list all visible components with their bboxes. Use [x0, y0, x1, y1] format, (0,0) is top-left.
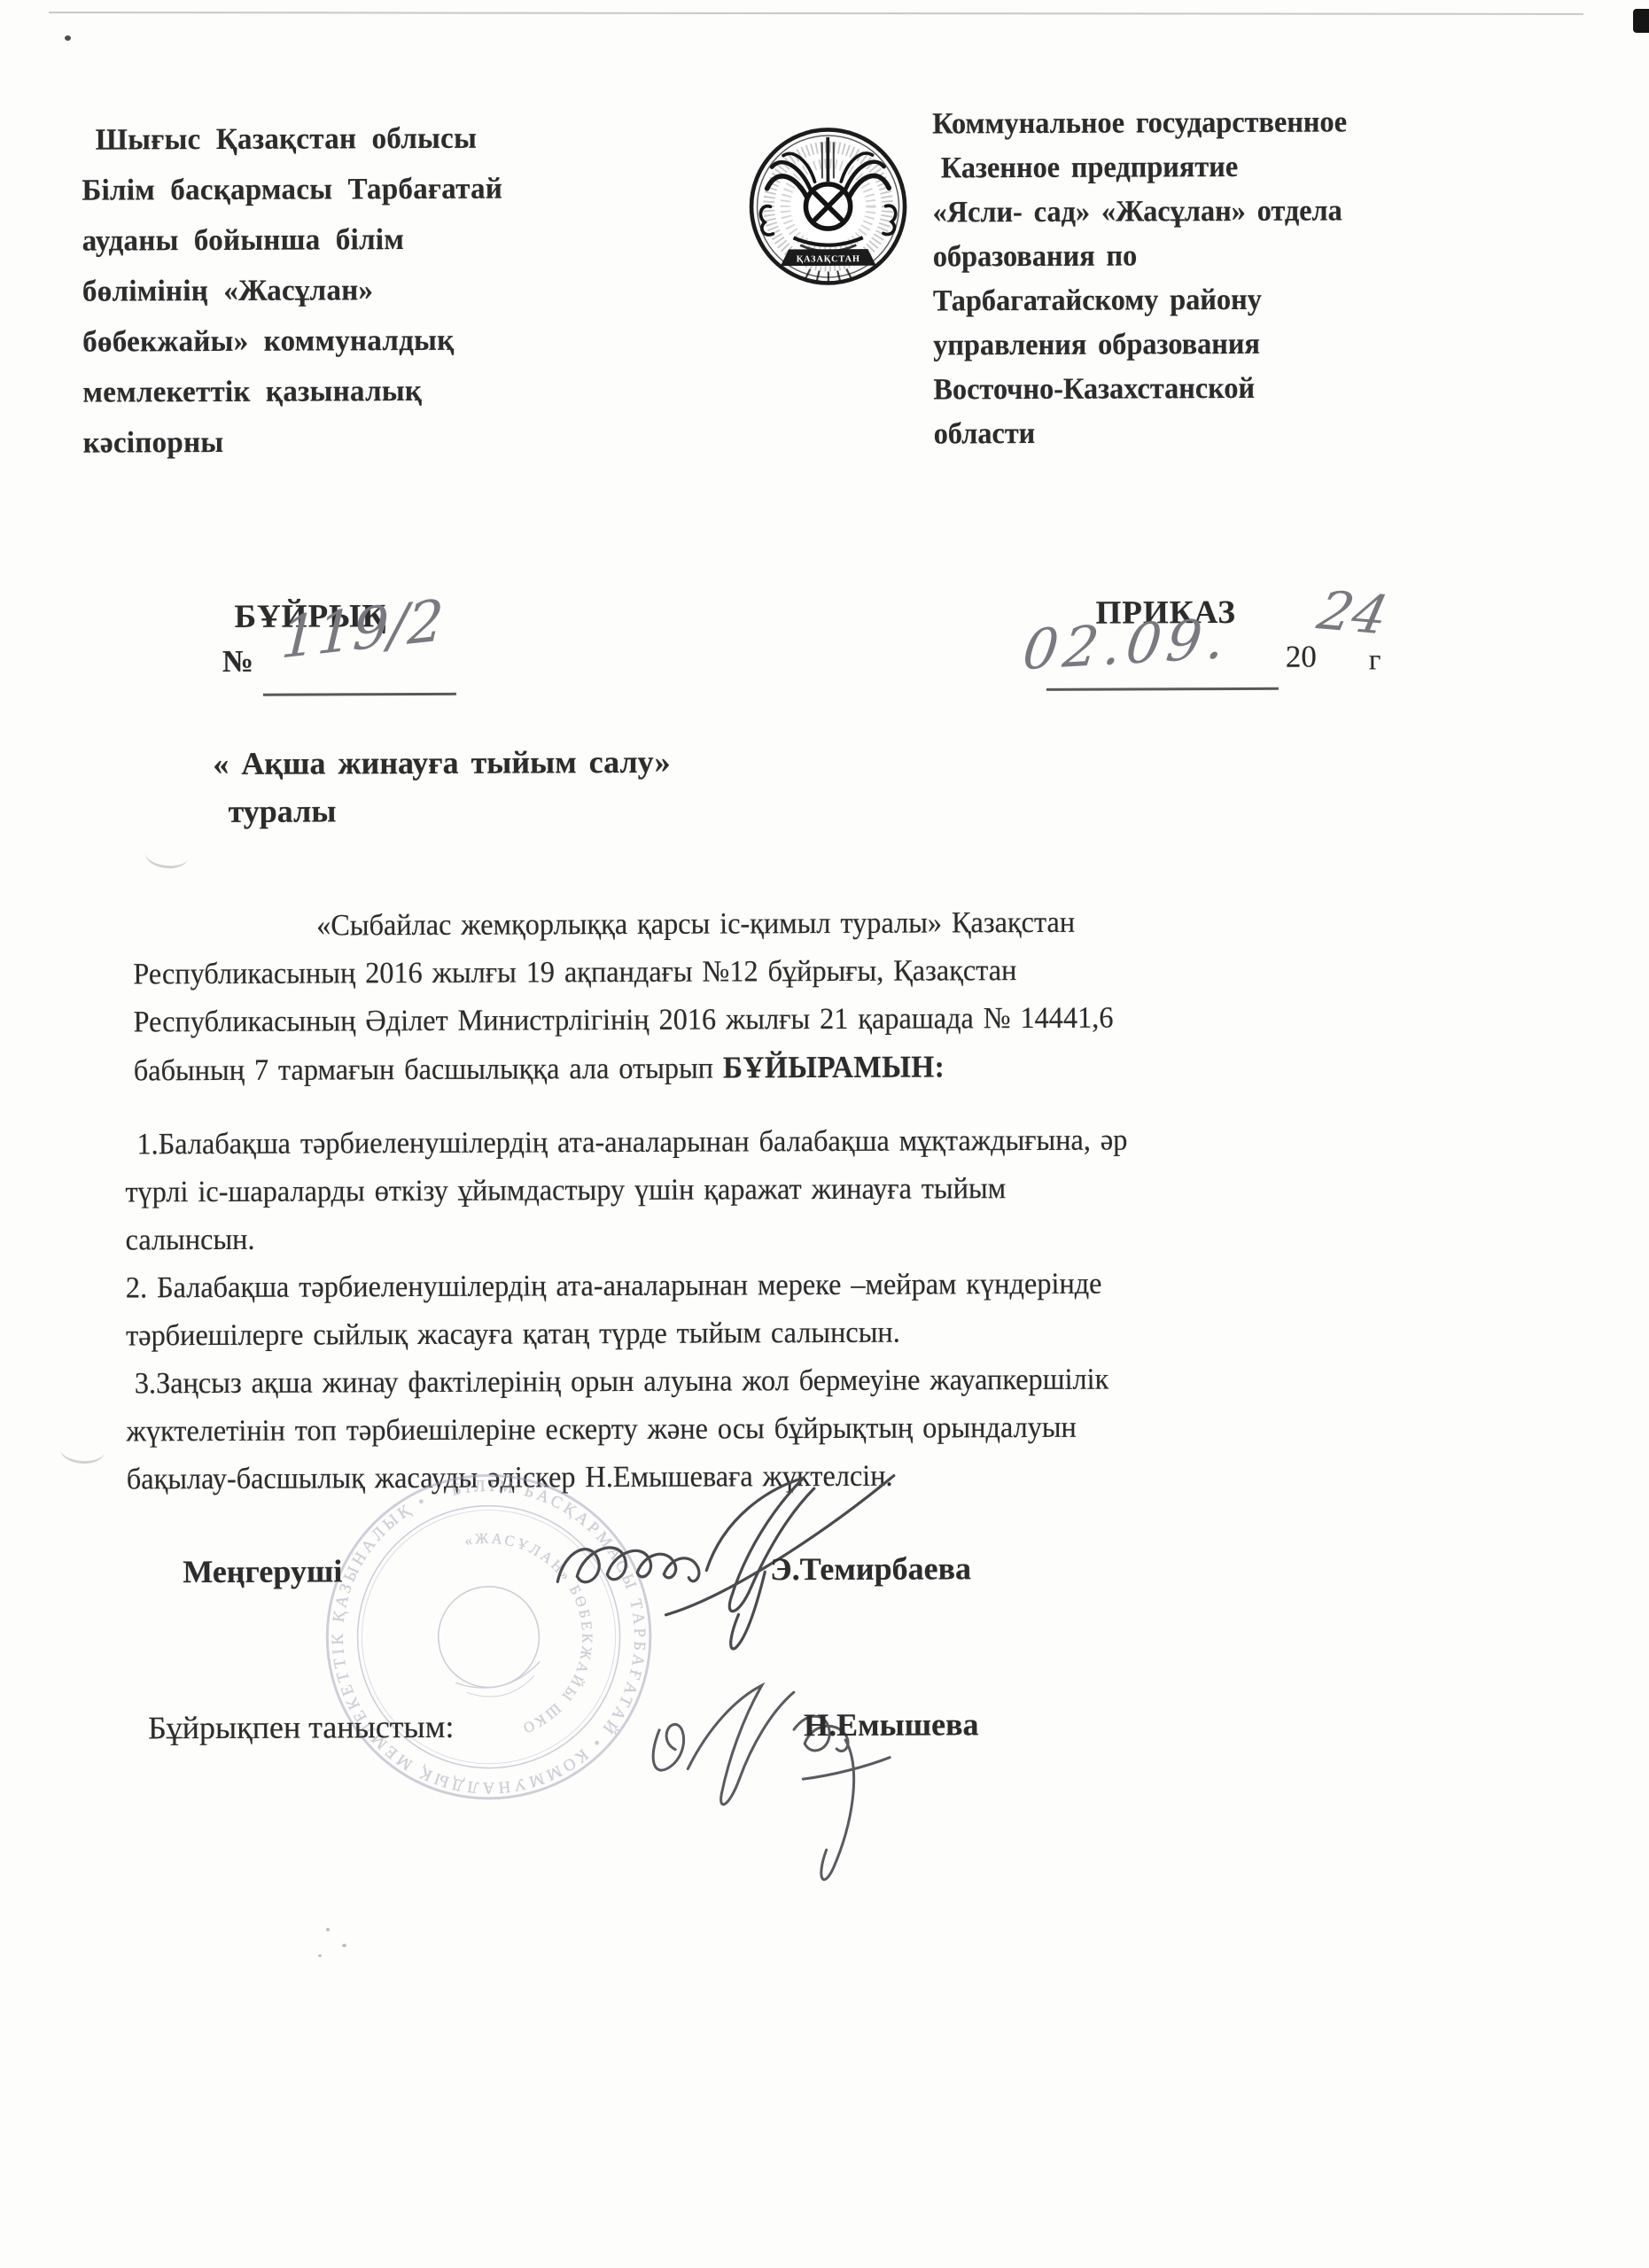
order-items: 1.Балабақша тәрбиеленушілердің ата-анала…	[125, 1117, 1129, 1504]
preamble-line-4-text: бабының 7 тармағын басшылыққа ала отырып	[134, 1052, 713, 1088]
manager-name: Э.Темирбаева	[770, 1550, 971, 1588]
letterhead-org-name-kk: Шығыс Қазақстан облысы Білім басқармасы …	[82, 113, 503, 469]
item-line: жүктелетінін топ тәрбиешілеріне ескерту …	[126, 1404, 1128, 1456]
preamble-line: «Сыбайлас жемқорлыққа қарсы іс-қимыл тур…	[133, 899, 1113, 951]
ru-line: Казенное предприятие	[932, 144, 1347, 190]
order-year-handwritten: 24	[1312, 580, 1394, 647]
order-number-underline	[263, 693, 456, 696]
acknowledged-label: Бұйрықпен таныстым:	[148, 1708, 455, 1747]
item-line: 2. Балабақша тәрбиеленушілердің ата-анал…	[126, 1261, 1128, 1313]
ru-line: образования по	[933, 233, 1348, 279]
kk-line: бөбекжайы» коммуналдық	[82, 315, 503, 368]
preamble-line: Республикасының Әділет Министрлігінің 20…	[133, 995, 1113, 1047]
order-date-underline	[1046, 687, 1279, 691]
subject-line-2: туралы	[228, 792, 336, 830]
ru-line: Восточно-Казахстанской	[933, 366, 1348, 412]
acknowledgement-signature-ink	[629, 1643, 984, 1907]
manager-title-label: Меңгеруші	[183, 1552, 342, 1590]
order-year-prefix: 20	[1286, 640, 1317, 675]
kk-line: мемлекеттік қазыналық	[82, 366, 503, 418]
order-number-sign: №	[222, 644, 253, 680]
ru-line: Коммунальное государственное	[932, 100, 1347, 146]
kk-line: Білім басқармасы Тарбағатай	[82, 164, 502, 216]
item-line: түрлі іс-шараларды өткізу ұйымдастыру үш…	[125, 1165, 1127, 1217]
resolution-word: БҰЙЫРАМЫН:	[723, 1049, 945, 1084]
kk-line: бөлімінің «Жасұлан»	[82, 265, 503, 317]
ru-line: области	[934, 410, 1349, 456]
emblem-banner-text: ҚАЗАҚСТАН	[797, 254, 860, 264]
ru-line: Тарбагатайскому району	[933, 277, 1348, 323]
order-date-handwritten: 02.09.	[1020, 606, 1234, 683]
preamble-line: бабының 7 тармағын басшылыққа ала отырып…	[134, 1043, 1114, 1096]
letterhead-org-name-ru: Коммунальное государственное Казенное пр…	[932, 100, 1349, 456]
scanned-order-page: Шығыс Қазақстан облысы Білім басқармасы …	[0, 0, 1649, 2268]
ru-line: управления образования	[933, 322, 1348, 368]
subject-line-1: « Ақша жинауға тыйым салу»	[213, 743, 670, 782]
kk-line: Шығыс Қазақстан облысы	[82, 113, 502, 166]
kk-line: ауданы бойынша білім	[82, 214, 503, 267]
kazakhstan-coat-of-arms-icon: ҚАЗАҚСТАН	[745, 122, 911, 291]
order-year-suffix: г	[1369, 644, 1381, 677]
item-line: тәрбиешілерге сыйлық жасауға қатаң түрде…	[126, 1309, 1128, 1361]
item-line: 1.Балабақша тәрбиеленушілердің ата-анала…	[125, 1117, 1127, 1169]
acknowledged-name: Н.Емышева	[804, 1705, 979, 1744]
item-line: 3.Заңсыз ақша жинау фактілерінің орын ал…	[126, 1356, 1128, 1409]
preamble-paragraph: «Сыбайлас жемқорлыққа қарсы іс-қимыл тур…	[133, 899, 1114, 1096]
kk-line: кәсіпорны	[83, 416, 504, 469]
preamble-line: Республикасының 2016 жылғы 19 ақпандағы …	[133, 947, 1113, 999]
item-line: салынсын.	[126, 1213, 1128, 1265]
ru-line: «Ясли- сад» «Жасұлан» отдела	[932, 189, 1347, 235]
